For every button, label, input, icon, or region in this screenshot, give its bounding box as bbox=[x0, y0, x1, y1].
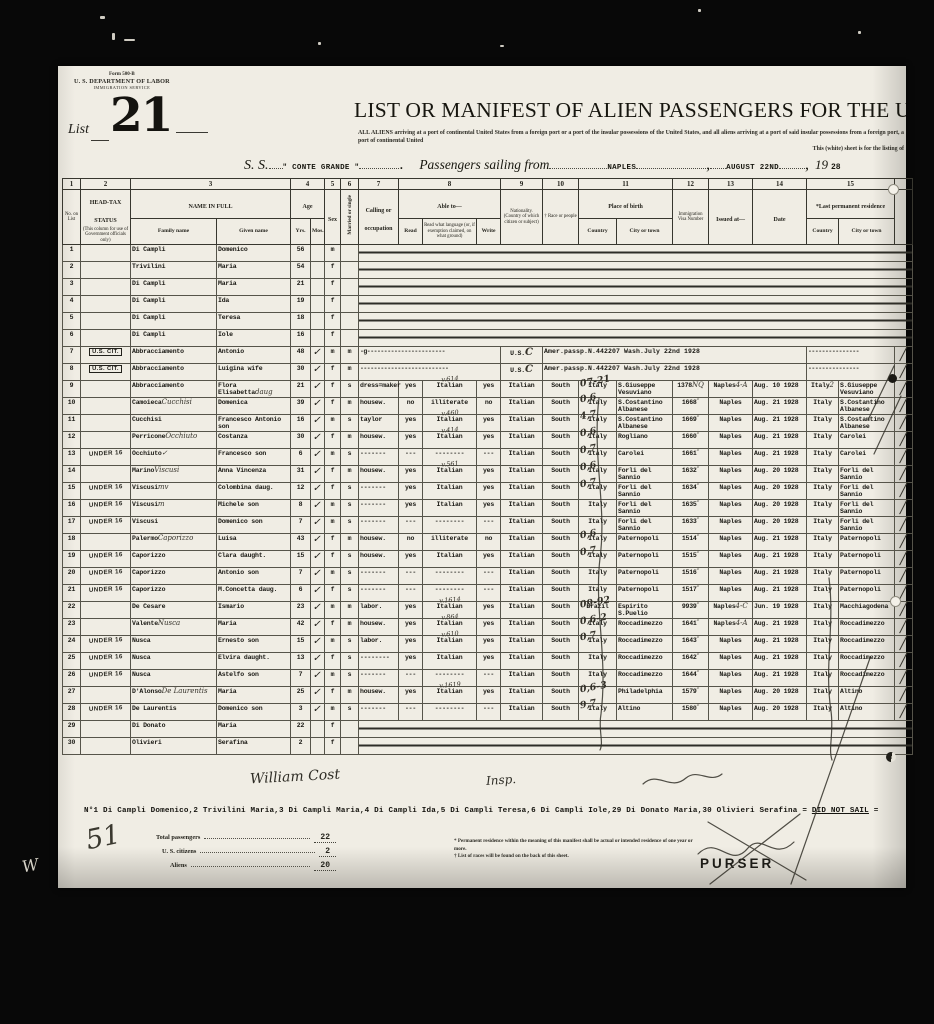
issued-at: Naples bbox=[709, 533, 753, 550]
footnote-permanent-residence: * Permanent residence within the meaning… bbox=[454, 838, 704, 853]
check-mark: ✓ bbox=[311, 380, 325, 397]
calling-occupation: ------- bbox=[359, 448, 399, 465]
family-name: MarinoViscusi bbox=[131, 465, 217, 482]
header-visa-number: Immigration Visa Number bbox=[673, 190, 709, 245]
calling-occupation: labor. bbox=[359, 601, 399, 618]
family-name: PerriconeOcchiuto bbox=[131, 431, 217, 448]
able-write: yes bbox=[477, 431, 501, 448]
residence-country: Italy bbox=[807, 499, 839, 516]
row-number: 24 bbox=[63, 635, 81, 652]
birth-city: Paternopoli bbox=[617, 550, 673, 567]
row-number: 22 bbox=[63, 601, 81, 618]
row-number: 28 bbox=[63, 703, 81, 720]
given-name: Luigina wife bbox=[217, 363, 291, 380]
passenger-row: 11CucchisiFrancesco Antonio son16✓mstayl… bbox=[63, 414, 913, 431]
tally-mark: ╱ bbox=[895, 346, 913, 363]
tally-mark: ╱ bbox=[895, 431, 913, 448]
birth-city: Roccadimezzo bbox=[617, 652, 673, 669]
race: South bbox=[543, 499, 579, 516]
visa-number: 1660″ bbox=[673, 431, 709, 448]
sex: f bbox=[325, 363, 341, 380]
check-mark bbox=[311, 737, 325, 754]
nationality: Italian bbox=[501, 465, 543, 482]
header-age: Age bbox=[291, 190, 325, 219]
issue-date: Aug. 21 1928 bbox=[753, 584, 807, 601]
able-read: yes bbox=[399, 635, 423, 652]
passport-note: Amer.passp.N.442207 Wash.July 22nd 1928 bbox=[543, 346, 807, 363]
check-mark: ✓ bbox=[311, 346, 325, 363]
sex: f bbox=[325, 533, 341, 550]
col-num-3: 3 bbox=[131, 179, 291, 190]
header-given-name: Given name bbox=[217, 218, 291, 244]
family-name: Nusca bbox=[131, 669, 217, 686]
race: South bbox=[543, 431, 579, 448]
row-number: 3 bbox=[63, 278, 81, 295]
check-mark bbox=[311, 261, 325, 278]
married-single: s bbox=[341, 448, 359, 465]
tally-mark: ╱ bbox=[895, 380, 913, 397]
sex: f bbox=[325, 686, 341, 703]
visa-number: 1661″ bbox=[673, 448, 709, 465]
age-years: 6 bbox=[291, 584, 311, 601]
page-subtitle: ALL ALIENS arriving at a port of contine… bbox=[358, 130, 904, 146]
calling-occupation: housew. bbox=[359, 686, 399, 703]
row-number: 21 bbox=[63, 584, 81, 601]
residence-city: Carolei bbox=[839, 448, 895, 465]
family-name: Nusca bbox=[131, 652, 217, 669]
purser-stamp: PURSER bbox=[700, 856, 774, 871]
age-years: 22 bbox=[291, 720, 311, 737]
married-single: s bbox=[341, 567, 359, 584]
sex: m bbox=[325, 635, 341, 652]
check-mark: ✓ bbox=[311, 465, 325, 482]
able-read: yes bbox=[399, 652, 423, 669]
calling-occupation: ------- bbox=[359, 567, 399, 584]
residence-city: Carolei bbox=[839, 431, 895, 448]
given-name: Maria bbox=[217, 261, 291, 278]
row-number: 30 bbox=[63, 737, 81, 754]
header-no-on-list: No. on List bbox=[63, 190, 81, 245]
able-read: yes bbox=[399, 431, 423, 448]
able-read: --- bbox=[399, 448, 423, 465]
ship-name: " CONTE GRANDE " bbox=[283, 164, 360, 172]
residence-country: Italy bbox=[807, 567, 839, 584]
issued-at: Naples4-A bbox=[709, 618, 753, 635]
residence-city: Roccadimezzo bbox=[839, 618, 895, 635]
residence-city: S.Costantino Albanese bbox=[839, 414, 895, 431]
calling-occupation: labor. bbox=[359, 635, 399, 652]
issue-date: Aug. 21 1928 bbox=[753, 618, 807, 635]
sailing-date: AUGUST 22ND bbox=[726, 164, 779, 172]
header-name-in-full: NAME IN FULL bbox=[131, 190, 291, 219]
read-language: Italianv.1619 bbox=[423, 686, 477, 703]
passenger-row: 4Di CampliIda19f bbox=[63, 295, 913, 312]
issue-date: Aug. 21 1928 bbox=[753, 635, 807, 652]
did-not-sail-note: N°1 Di Campli Domenico,2 Trivilini Maria… bbox=[84, 807, 878, 815]
age-years: 43 bbox=[291, 533, 311, 550]
family-name: Viscusi bbox=[131, 516, 217, 533]
given-name: Elvira daught. bbox=[217, 652, 291, 669]
header-date: Date bbox=[753, 190, 807, 245]
issued-at: Naples bbox=[709, 635, 753, 652]
able-write: yes bbox=[477, 550, 501, 567]
read-language: illiterate bbox=[423, 533, 477, 550]
sex: m bbox=[325, 414, 341, 431]
check-mark: ✓ bbox=[311, 499, 325, 516]
list-dash bbox=[176, 132, 208, 133]
col-num-12: 12 bbox=[673, 179, 709, 190]
able-read: no bbox=[399, 397, 423, 414]
sex: m bbox=[325, 669, 341, 686]
film-speck bbox=[500, 45, 504, 47]
issue-date: Aug. 21 1928 bbox=[753, 397, 807, 414]
total-passengers-row: Total passengers 22 bbox=[156, 832, 336, 846]
nationality: Italian bbox=[501, 635, 543, 652]
race: South bbox=[543, 601, 579, 618]
family-name: Abbracciamento bbox=[131, 363, 217, 380]
head-tax-cell bbox=[81, 414, 131, 431]
married-single: s bbox=[341, 482, 359, 499]
header-write: Write bbox=[477, 218, 501, 244]
given-name: M.Concetta daug. bbox=[217, 584, 291, 601]
able-read: yes bbox=[399, 601, 423, 618]
race: South bbox=[543, 414, 579, 431]
age-years: 15 bbox=[291, 550, 311, 567]
tally-mark: ╱ bbox=[895, 363, 913, 380]
strike-line bbox=[359, 278, 913, 295]
row-number: 12 bbox=[63, 431, 81, 448]
passenger-row: 6Di CampliIole16f bbox=[63, 329, 913, 346]
row-number: 23 bbox=[63, 618, 81, 635]
read-language: Italianv.610 bbox=[423, 635, 477, 652]
issue-date: Aug. 21 1928 bbox=[753, 669, 807, 686]
family-name: Di Campli bbox=[131, 244, 217, 261]
punch-hole bbox=[890, 596, 901, 607]
issue-date: Aug. 21 1928 bbox=[753, 567, 807, 584]
married-single: m bbox=[341, 618, 359, 635]
family-name: Cucchisi bbox=[131, 414, 217, 431]
visa-number: 1668″ bbox=[673, 397, 709, 414]
strike-line bbox=[359, 295, 913, 312]
issued-at: Naples bbox=[709, 686, 753, 703]
family-name: Olivieri bbox=[131, 737, 217, 754]
passenger-row: 7U.S. CIT.AbbracciamentoAntonio48✓mm-g--… bbox=[63, 346, 913, 363]
residence-country: Italy2 bbox=[807, 380, 839, 397]
given-name: Serafina bbox=[217, 737, 291, 754]
calling-occupation: ------- bbox=[359, 703, 399, 720]
passenger-row: 15UNDER 16ViscusimvColombina daug.12✓fs-… bbox=[63, 482, 913, 499]
check-mark bbox=[311, 295, 325, 312]
strike-line bbox=[359, 329, 913, 346]
sex: f bbox=[325, 720, 341, 737]
given-name: Antonio son bbox=[217, 567, 291, 584]
dashes: -g----------------------- bbox=[359, 346, 501, 363]
row-number: 10 bbox=[63, 397, 81, 414]
residence-city: Forli del Sannio bbox=[839, 516, 895, 533]
check-mark bbox=[311, 329, 325, 346]
residence-country: Italy bbox=[807, 635, 839, 652]
race: South bbox=[543, 686, 579, 703]
calling-occupation: -------- bbox=[359, 652, 399, 669]
passenger-row: 30OlivieriSerafina2f bbox=[63, 737, 913, 754]
residence-city: Paternopoli bbox=[839, 550, 895, 567]
family-name: Trivilini bbox=[131, 261, 217, 278]
family-name: Di Campli bbox=[131, 329, 217, 346]
nationality: Italian bbox=[501, 567, 543, 584]
strike-line bbox=[359, 720, 913, 737]
visa-number: 1514″ bbox=[673, 533, 709, 550]
able-read: yes bbox=[399, 482, 423, 499]
passenger-row: 21UNDER 16CaporizzoM.Concetta daug.6✓fs-… bbox=[63, 584, 913, 601]
issued-at: Naples bbox=[709, 482, 753, 499]
age-years: 6 bbox=[291, 448, 311, 465]
residence-city: Altino bbox=[839, 703, 895, 720]
married-single: m bbox=[341, 431, 359, 448]
married-single: m bbox=[341, 533, 359, 550]
tally-mark: ╱ bbox=[895, 499, 913, 516]
visa-number: 1517″ bbox=[673, 584, 709, 601]
able-write: yes bbox=[477, 465, 501, 482]
tally-mark: ╱ bbox=[895, 686, 913, 703]
race: South bbox=[543, 703, 579, 720]
passenger-row: 26UNDER 16NuscaAstelfo son7✓ms----------… bbox=[63, 669, 913, 686]
issue-date: Jun. 19 1928 bbox=[753, 601, 807, 618]
age-years: 13 bbox=[291, 652, 311, 669]
head-tax-cell bbox=[81, 295, 131, 312]
issued-at: Naples bbox=[709, 550, 753, 567]
visa-number: 1634″ bbox=[673, 482, 709, 499]
passenger-row: 12PerriconeOcchiutoCostanza30✓fmhousew.y… bbox=[63, 431, 913, 448]
given-name: Iole bbox=[217, 329, 291, 346]
visa-number: 1378NQ bbox=[673, 380, 709, 397]
nationality: Italian bbox=[501, 618, 543, 635]
head-tax-cell bbox=[81, 329, 131, 346]
us-citizen-mark: U.S.C bbox=[501, 363, 543, 380]
nationality: Italian bbox=[501, 652, 543, 669]
given-name: Antonio bbox=[217, 346, 291, 363]
calling-occupation: housew. bbox=[359, 533, 399, 550]
tally-mark: ╱ bbox=[895, 567, 913, 584]
calling-occupation: taylor bbox=[359, 414, 399, 431]
row-number: 15 bbox=[63, 482, 81, 499]
residence-country: Italy bbox=[807, 686, 839, 703]
able-read: yes bbox=[399, 686, 423, 703]
film-speck bbox=[318, 42, 321, 45]
married-single: s bbox=[341, 414, 359, 431]
nationality: Italian bbox=[501, 380, 543, 397]
residence-country: Italy bbox=[807, 550, 839, 567]
head-tax-cell bbox=[81, 397, 131, 414]
passenger-row: 2TriviliniMaria54f bbox=[63, 261, 913, 278]
age-years: 56 bbox=[291, 244, 311, 261]
married-single bbox=[341, 329, 359, 346]
nationality: Italian bbox=[501, 584, 543, 601]
able-write: --- bbox=[477, 516, 501, 533]
passenger-row: 18PalermoCaporizzoLuisa43✓fmhousew.noill… bbox=[63, 533, 913, 550]
family-name: Caporizzo bbox=[131, 550, 217, 567]
inspector-signature: William Cost bbox=[250, 767, 341, 788]
head-tax-cell: UNDER 16 bbox=[81, 448, 131, 465]
passenger-row: 23ValenteNuscaMaria42✓fmhousew.yesItalia… bbox=[63, 618, 913, 635]
able-read: --- bbox=[399, 516, 423, 533]
visa-number: 1641″ bbox=[673, 618, 709, 635]
check-mark: ✓ bbox=[311, 397, 325, 414]
us-citizens-value: 2 bbox=[319, 847, 336, 857]
able-write: yes bbox=[477, 652, 501, 669]
sex: m bbox=[325, 567, 341, 584]
age-years: 7 bbox=[291, 669, 311, 686]
married-single: s bbox=[341, 669, 359, 686]
residence-country: Italy bbox=[807, 397, 839, 414]
passenger-row: 10CamoiecaCucchisiDomenica39✓fmhousew.no… bbox=[63, 397, 913, 414]
issue-date: Aug. 21 1928 bbox=[753, 533, 807, 550]
age-years: 16 bbox=[291, 414, 311, 431]
head-tax-cell bbox=[81, 533, 131, 550]
row-number: 18 bbox=[63, 533, 81, 550]
passenger-row: 22De CesareIsmario23✓mmlabor.yesItalianv… bbox=[63, 601, 913, 618]
residence-city: Paternopoli bbox=[839, 567, 895, 584]
row-number: 26 bbox=[63, 669, 81, 686]
able-write: --- bbox=[477, 703, 501, 720]
family-name: Di Campli bbox=[131, 312, 217, 329]
sex: f bbox=[325, 584, 341, 601]
given-name: Luisa bbox=[217, 533, 291, 550]
header-yrs: Yrs. bbox=[291, 218, 311, 244]
issued-at: Naples bbox=[709, 448, 753, 465]
head-tax-cell bbox=[81, 618, 131, 635]
header-birth-country: Country bbox=[579, 218, 617, 244]
row-number: 29 bbox=[63, 720, 81, 737]
head-tax-cell bbox=[81, 312, 131, 329]
check-mark: ✓ bbox=[311, 652, 325, 669]
married-single bbox=[341, 244, 359, 261]
read-language: Italian bbox=[423, 499, 477, 516]
birth-country: Italy0,7 bbox=[579, 550, 617, 567]
able-write: yes bbox=[477, 499, 501, 516]
col-num-14: 14 bbox=[753, 179, 807, 190]
issued-at: Naples bbox=[709, 397, 753, 414]
head-tax-cell bbox=[81, 261, 131, 278]
sex: m bbox=[325, 703, 341, 720]
family-name: D'AlonsoDe Laurentis bbox=[131, 686, 217, 703]
tally-mark: ╱ bbox=[895, 652, 913, 669]
check-mark bbox=[311, 720, 325, 737]
sex: f bbox=[325, 295, 341, 312]
residence-country: Italy bbox=[807, 516, 839, 533]
head-tax-cell: UNDER 16 bbox=[81, 550, 131, 567]
page-title: LIST OR MANIFEST OF ALIEN PASSENGERS FOR… bbox=[354, 98, 906, 123]
passenger-row: 17UNDER 16ViscusiDomenico son7✓ms-------… bbox=[63, 516, 913, 533]
race: South bbox=[543, 567, 579, 584]
family-name: Abbracciamento bbox=[131, 346, 217, 363]
strike-line bbox=[359, 244, 913, 261]
passenger-row: 19UNDER 16CaporizzoClara daught.15✓fshou… bbox=[63, 550, 913, 567]
age-years: 30 bbox=[291, 431, 311, 448]
us-citizen-mark: U.S.C bbox=[501, 346, 543, 363]
sex: f bbox=[325, 465, 341, 482]
residence-country: Italy bbox=[807, 652, 839, 669]
nationality: Italian bbox=[501, 703, 543, 720]
passenger-table: 1 2 3 4 5 6 7 8 9 10 11 12 13 14 15 No. … bbox=[62, 178, 913, 755]
read-language: Italian bbox=[423, 550, 477, 567]
family-name: Di Campli bbox=[131, 295, 217, 312]
family-name: Occhiuto✓ bbox=[131, 448, 217, 465]
header-head-tax: HEAD-TAX STATUS(This column for use of G… bbox=[81, 190, 131, 245]
passenger-row: 13UNDER 16Occhiuto✓Francesco son6✓ms----… bbox=[63, 448, 913, 465]
race: South bbox=[543, 652, 579, 669]
birth-city: Rogliano bbox=[617, 431, 673, 448]
tally-mark: ╱ bbox=[895, 635, 913, 652]
residence-country: Italy bbox=[807, 448, 839, 465]
visa-number: 1642″ bbox=[673, 652, 709, 669]
read-language: -------- bbox=[423, 703, 477, 720]
header-read: Read bbox=[399, 218, 423, 244]
family-name: De Laurentis bbox=[131, 703, 217, 720]
issue-date: Aug. 10 1928 bbox=[753, 380, 807, 397]
age-years: 42 bbox=[291, 618, 311, 635]
period: . bbox=[399, 156, 403, 174]
residence-city: Roccadimezzo bbox=[839, 652, 895, 669]
visa-number: 1635″ bbox=[673, 499, 709, 516]
check-mark bbox=[311, 312, 325, 329]
family-name: ValenteNusca bbox=[131, 618, 217, 635]
sex: f bbox=[325, 550, 341, 567]
married-single: m bbox=[341, 686, 359, 703]
sex: m bbox=[325, 346, 341, 363]
family-name: Abbracciamento bbox=[131, 380, 217, 397]
family-name: CamoiecaCucchisi bbox=[131, 397, 217, 414]
col-num-4: 4 bbox=[291, 179, 325, 190]
sex: f bbox=[325, 278, 341, 295]
sex: m bbox=[325, 499, 341, 516]
check-mark: ✓ bbox=[311, 533, 325, 550]
able-write: yes bbox=[477, 635, 501, 652]
able-write: --- bbox=[477, 669, 501, 686]
age-years: 25 bbox=[291, 686, 311, 703]
given-name: Michele son bbox=[217, 499, 291, 516]
age-years: 8 bbox=[291, 499, 311, 516]
passenger-row: 27D'AlonsoDe LaurentisMaria25✓fmhousew.y… bbox=[63, 686, 913, 703]
tally-mark: ╱ bbox=[895, 482, 913, 499]
head-tax-cell: UNDER 16 bbox=[81, 635, 131, 652]
row-number: 4 bbox=[63, 295, 81, 312]
race: South bbox=[543, 618, 579, 635]
birth-city: Paternopoli bbox=[617, 533, 673, 550]
able-read: yes bbox=[399, 414, 423, 431]
purser-signature bbox=[698, 842, 794, 855]
race: South bbox=[543, 635, 579, 652]
row-number: 6 bbox=[63, 329, 81, 346]
tally-mark: ╱ bbox=[895, 448, 913, 465]
visa-number: 1644″ bbox=[673, 669, 709, 686]
given-name: Maria bbox=[217, 618, 291, 635]
passenger-row: 28UNDER 16De LaurentisDomenico son3✓ms--… bbox=[63, 703, 913, 720]
age-years: 12 bbox=[291, 482, 311, 499]
dashes: -------------------------- bbox=[359, 363, 501, 380]
tally-mark: ╱ bbox=[895, 618, 913, 635]
col-num-9: 9 bbox=[501, 179, 543, 190]
header-nationality: Nationality. (Country of which citizen o… bbox=[501, 190, 543, 245]
row-number: 19 bbox=[63, 550, 81, 567]
visa-number: 1580″ bbox=[673, 703, 709, 720]
nationality: Italian bbox=[501, 669, 543, 686]
issue-date: Aug. 20 1928 bbox=[753, 516, 807, 533]
sex: f bbox=[325, 618, 341, 635]
birth-country: Italy9,7 bbox=[579, 703, 617, 720]
check-mark: ✓ bbox=[311, 669, 325, 686]
age-years: 3 bbox=[291, 703, 311, 720]
married-single: s bbox=[341, 584, 359, 601]
